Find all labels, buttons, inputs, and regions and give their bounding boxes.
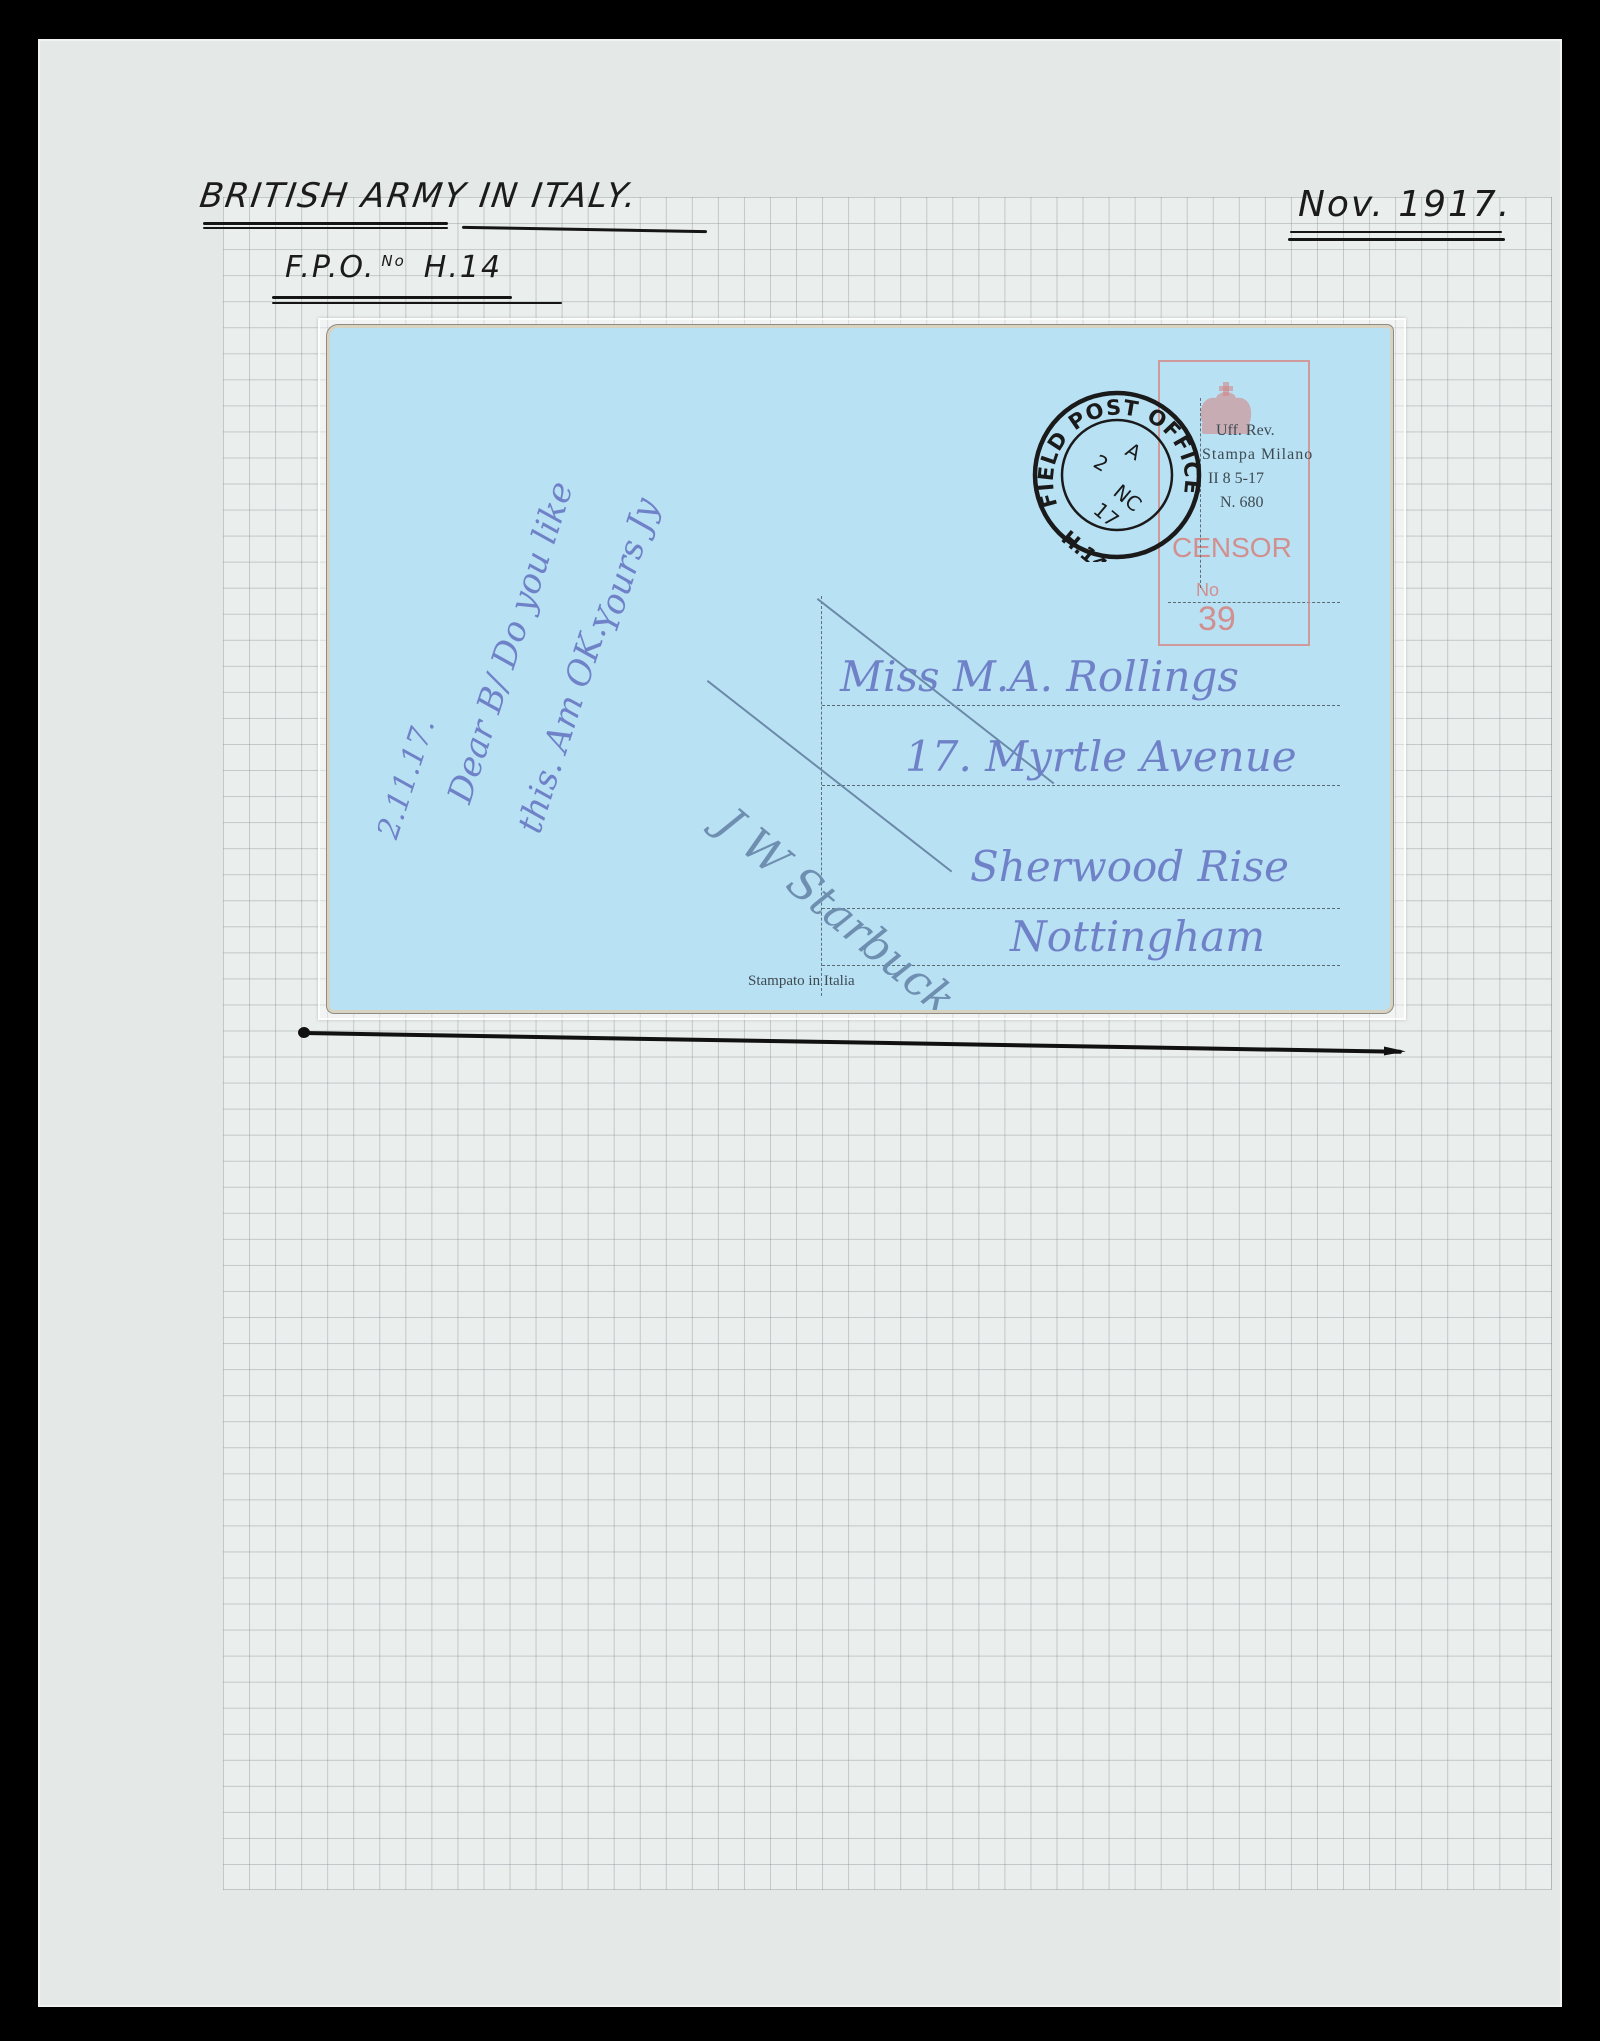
fpo-prefix: F.P.O. [285, 250, 375, 285]
address-line-2: 17. Myrtle Avenue [905, 732, 1297, 781]
heading-underline [203, 227, 448, 229]
message-date: 2.11.17. [371, 714, 443, 843]
date-underline [1288, 238, 1505, 241]
field-post-office-postmark: FIELD POST OFFICE H.14 2 A NC 17 [1030, 388, 1204, 562]
fpo-value: H.14 [424, 250, 502, 285]
svg-text:H.14: H.14 [1057, 525, 1112, 562]
address-rule [822, 785, 1340, 786]
date-underline [1290, 231, 1502, 233]
printer-line-3: II 8 5-17 [1208, 470, 1264, 488]
postcard: CENSOR No 39 Uff. Rev. Stampa Milano II … [330, 328, 1390, 1010]
svg-text:2: 2 [1090, 450, 1113, 477]
printed-in-italy: Stampato in Italia [748, 973, 855, 990]
svg-text:A: A [1122, 438, 1146, 466]
card-divider [821, 596, 822, 996]
printer-line-4: N. 680 [1220, 494, 1264, 512]
address-line-3: Sherwood Rise [970, 842, 1289, 891]
address-rule [822, 705, 1340, 706]
printer-line-2: Stampa Milano [1202, 446, 1313, 464]
printer-line-1: Uff. Rev. [1216, 422, 1275, 440]
address-rule [822, 908, 1340, 909]
heading-underline [203, 222, 448, 225]
date-heading: Nov. 1917. [1298, 184, 1511, 225]
message-line-3: Yours Jy [586, 493, 667, 638]
fpo-underline [272, 296, 512, 299]
address-line-4: Nottingham [1010, 912, 1265, 961]
page-heading: BRITISH ARMY IN ITALY. [197, 176, 640, 216]
censor-number: 39 [1198, 600, 1236, 639]
fpo-underline [272, 302, 562, 304]
address-line-1: Miss M.A. Rollings [840, 652, 1239, 701]
fpo-heading: F.P.O.NoH.14 [285, 250, 502, 285]
fpo-no-label: No [381, 252, 405, 270]
